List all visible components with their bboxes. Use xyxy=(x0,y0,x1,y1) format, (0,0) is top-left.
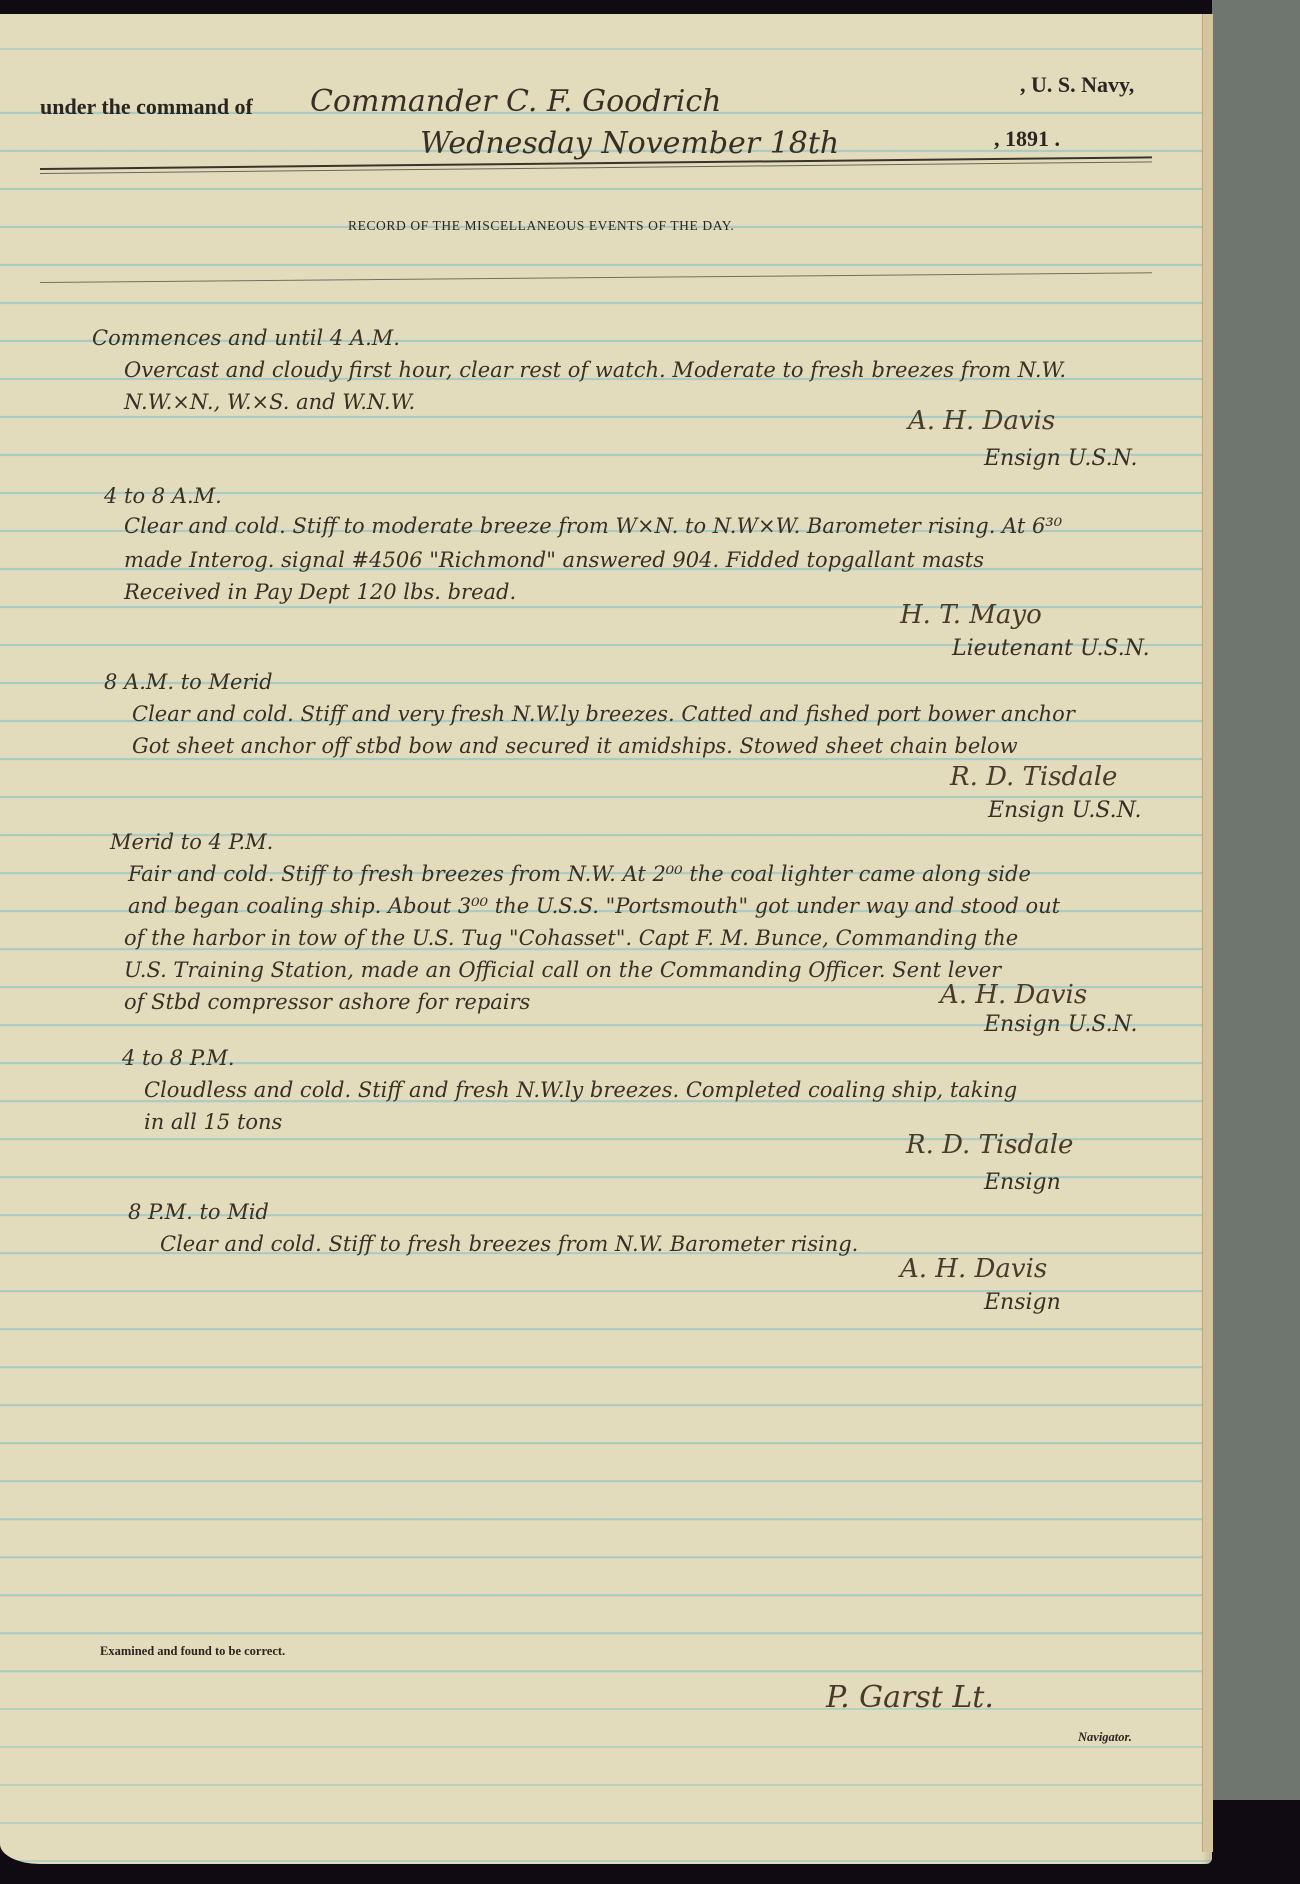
command-label: under the command of xyxy=(40,94,253,120)
officer-rank: Ensign xyxy=(984,1170,1061,1195)
watch-period: 4 to 8 P.M. xyxy=(122,1046,235,1070)
navigator-signature: P. Garst Lt. xyxy=(826,1680,994,1715)
watch-period: 4 to 8 A.M. xyxy=(104,484,222,508)
examined-statement: Examined and found to be correct. xyxy=(100,1644,285,1659)
officer-rank: Ensign xyxy=(984,1290,1061,1315)
log-date: Wednesday November 18th xyxy=(420,126,839,161)
watch-period: Commences and until 4 A.M. xyxy=(92,326,400,350)
log-year: , 1891 . xyxy=(994,126,1060,152)
entry-line: Fair and cold. Stiff to fresh breezes fr… xyxy=(128,862,1031,886)
officer-signature: H. T. Mayo xyxy=(900,600,1042,630)
entry-line: made Interog. signal #4506 "Richmond" an… xyxy=(124,548,984,572)
record-title: RECORD OF THE MISCELLANEOUS EVENTS OF TH… xyxy=(348,218,734,234)
officer-rank: Ensign U.S.N. xyxy=(988,798,1141,823)
watch-period: 8 P.M. to Mid xyxy=(128,1200,269,1224)
entry-line: Overcast and cloudy first hour, clear re… xyxy=(124,358,1066,382)
officer-rank: Ensign U.S.N. xyxy=(984,446,1137,471)
service-label: , U. S. Navy, xyxy=(1020,72,1134,98)
entry-line: in all 15 tons xyxy=(144,1110,282,1134)
entry-line: Clear and cold. Stiff to fresh breezes f… xyxy=(160,1232,858,1256)
entry-line: of Stbd compressor ashore for repairs xyxy=(124,990,530,1014)
entry-line: and began coaling ship. About 3⁰⁰ the U.… xyxy=(128,894,1060,918)
officer-signature: A. H. Davis xyxy=(908,406,1055,436)
entry-line: Clear and cold. Stiff and very fresh N.W… xyxy=(132,702,1075,726)
officer-signature: R. D. Tisdale xyxy=(950,762,1117,792)
navigator-label: Navigator. xyxy=(1078,1730,1132,1745)
book-cover-backing xyxy=(1212,0,1300,1800)
officer-signature: A. H. Davis xyxy=(900,1254,1047,1284)
entry-line: U.S. Training Station, made an Official … xyxy=(124,958,1001,982)
entry-line: Got sheet anchor off stbd bow and secure… xyxy=(132,734,1018,758)
entry-line: of the harbor in tow of the U.S. Tug "Co… xyxy=(124,926,1018,950)
officer-rank: Lieutenant U.S.N. xyxy=(952,636,1150,661)
watch-period: 8 A.M. to Merid xyxy=(104,670,273,694)
entry-line: Received in Pay Dept 120 lbs. bread. xyxy=(124,580,516,604)
officer-signature: A. H. Davis xyxy=(940,980,1087,1010)
officer-signature: R. D. Tisdale xyxy=(906,1130,1073,1160)
entry-line: Clear and cold. Stiff to moderate breeze… xyxy=(124,514,1062,538)
entry-line: N.W.×N., W.×S. and W.N.W. xyxy=(124,390,415,414)
entry-line: Cloudless and cold. Stiff and fresh N.W.… xyxy=(144,1078,1017,1102)
watch-period: Merid to 4 P.M. xyxy=(110,830,273,854)
commander-name: Commander C. F. Goodrich xyxy=(310,84,721,119)
page-edge xyxy=(1202,14,1213,1852)
officer-rank: Ensign U.S.N. xyxy=(984,1012,1137,1037)
